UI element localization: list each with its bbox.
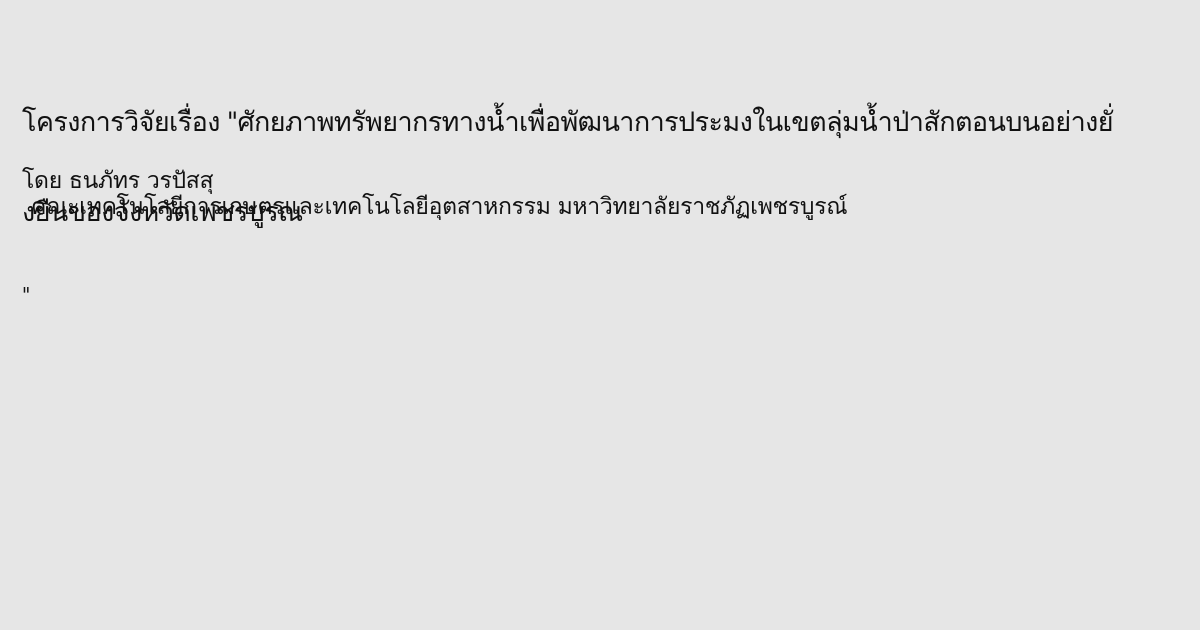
project-title-closing-quote: " [22,288,1192,302]
author-name: โดย ธนภัทร วรปัสสุ [22,168,847,194]
project-title-line-1: โครงการวิจัยเรื่อง "ศักยภาพทรัพยากรทางน้… [22,108,1192,138]
author-affiliation: คณะเทคโนโลยีการเกษตรและเทคโนโลยีอุตสาหกร… [22,194,847,220]
byline: โดย ธนภัทร วรปัสสุ คณะเทคโนโลยีการเกษตรแ… [22,168,847,220]
